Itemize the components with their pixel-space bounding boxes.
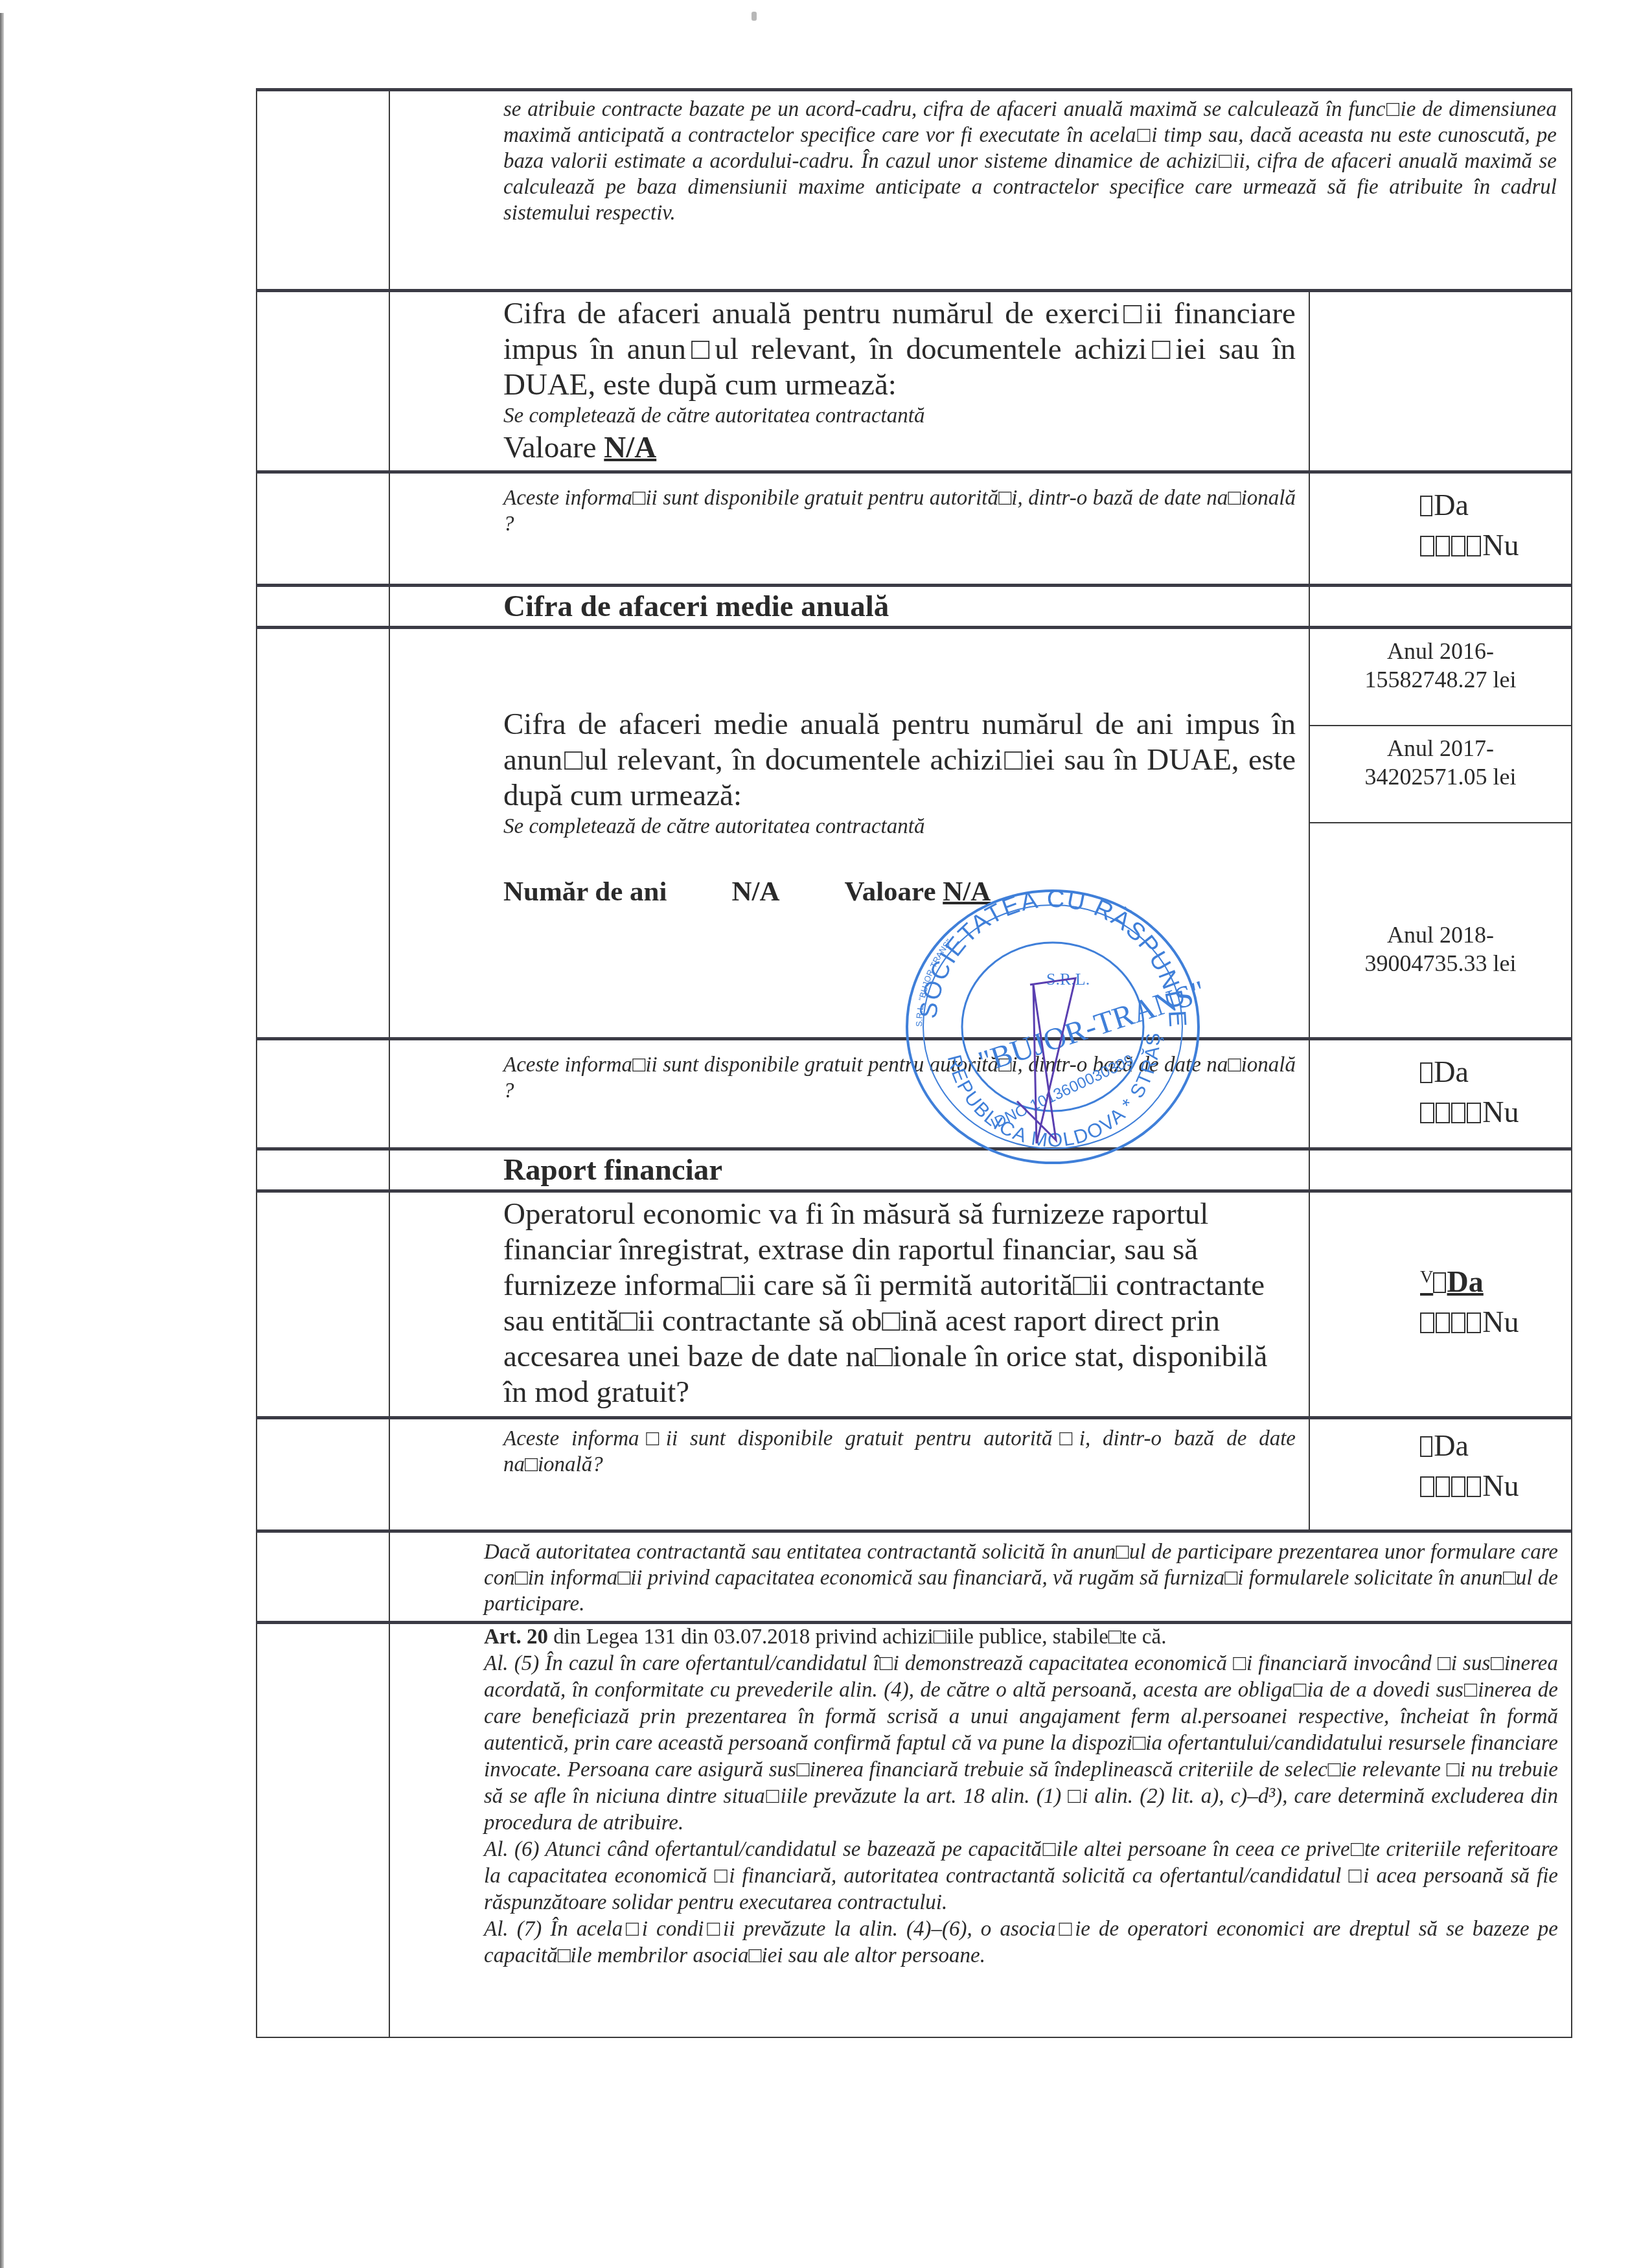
article-number: Art. 20: [484, 1625, 548, 1649]
checkbox-icon[interactable]: [1433, 1272, 1445, 1293]
availability-3-cell: Aceste informa□ii sunt disponibile gratu…: [389, 1418, 1309, 1531]
row-financial-report: Operatorul economic va fi în măsură să f…: [257, 1191, 1572, 1418]
annual-turnover-value-label: Valoare: [503, 431, 597, 464]
option-yes[interactable]: Da: [1420, 1052, 1571, 1092]
checkbox-icon[interactable]: [1420, 1062, 1432, 1083]
avg-turnover-header-cell: Cifra de afaceri medie anuală: [389, 586, 1309, 628]
checkbox-icon[interactable]: [1420, 1436, 1432, 1457]
checkbox-icon: [1420, 1312, 1434, 1333]
availability-2-question: Aceste informa□ii sunt disponibile gratu…: [390, 1040, 1309, 1108]
option-no-label: Nu: [1482, 1469, 1519, 1502]
section-heading: Raport financiar: [390, 1151, 1309, 1189]
year-entry: Anul 2018-39004735.33 lei: [1310, 823, 1571, 1037]
row-number-cell: [257, 1623, 389, 2037]
availability-1-question: Aceste informa□ii sunt disponibile gratu…: [390, 474, 1309, 541]
year-label: Anul 2018-: [1310, 921, 1571, 949]
row-number-cell: [257, 1149, 389, 1191]
year-label: Anul 2017-: [1310, 734, 1571, 762]
option-no-label: Nu: [1482, 529, 1519, 562]
empty-cell: [1309, 586, 1572, 628]
empty-cell: [1309, 1149, 1572, 1191]
legal-paragraph-5: Al. (5) În cazul în care ofertantul/cand…: [484, 1651, 1558, 1837]
option-no-label: Nu: [1482, 1305, 1519, 1338]
legal-cell: Art. 20 din Legea 131 din 03.07.2018 pri…: [389, 1623, 1572, 2037]
forms-request-cell: Dacă autoritatea contractantă sau entita…: [389, 1531, 1572, 1623]
scan-speck: [751, 12, 757, 21]
annual-turnover-answer-cell[interactable]: [1309, 291, 1572, 472]
option-no[interactable]: Nu: [1420, 1092, 1571, 1132]
option-no[interactable]: Nu: [1420, 525, 1571, 566]
row-availability-3: Aceste informa□ii sunt disponibile gratu…: [257, 1418, 1572, 1531]
availability-3-options: Da Nu: [1309, 1418, 1572, 1531]
annual-turnover-cell: Cifra de afaceri anuală pentru numărul d…: [389, 291, 1309, 472]
years-label: Număr de ani: [503, 876, 667, 908]
intro-text: se atribuie contracte bazate pe un acord…: [390, 91, 1571, 230]
annual-turnover-value[interactable]: N/A: [604, 431, 656, 464]
year-label: Anul 2016-: [1310, 637, 1571, 665]
row-availability-2: Aceste informa□ii sunt disponibile gratu…: [257, 1039, 1572, 1149]
checkbox-icon[interactable]: [1467, 1476, 1481, 1497]
article-title: din Legea 131 din 03.07.2018 privind ach…: [548, 1625, 1166, 1649]
row-number-cell: [257, 1039, 389, 1149]
checkbox-icon: [1436, 1312, 1450, 1333]
availability-1-options: Da Nu: [1309, 472, 1572, 586]
row-forms-request: Dacă autoritatea contractantă sau entita…: [257, 1531, 1572, 1623]
checkbox-icon[interactable]: [1467, 1103, 1481, 1123]
checkbox-icon: [1451, 1103, 1465, 1123]
option-yes-selected[interactable]: VDa: [1420, 1257, 1484, 1302]
avg-turnover-text: Cifra de afaceri medie anuală pentru num…: [503, 707, 1296, 814]
avg-value-label: Valoare: [845, 876, 936, 907]
row-number-cell: [257, 291, 389, 472]
checkbox-icon[interactable]: [1467, 536, 1481, 556]
availability-1-cell: Aceste informa□ii sunt disponibile gratu…: [389, 472, 1309, 586]
financial-report-text: Operatorul economic va fi în măsură să f…: [390, 1193, 1309, 1414]
checkbox-icon: [1420, 1476, 1434, 1497]
availability-3-question: Aceste informa□ii sunt disponibile gratu…: [390, 1419, 1309, 1482]
row-number-cell: [257, 628, 389, 1039]
year-amount: 39004735.33 lei: [1310, 949, 1571, 978]
checkbox-icon: [1436, 1476, 1450, 1497]
avg-turnover-years-cell: Anul 2016-15582748.27 lei Anul 2017-3420…: [1309, 628, 1572, 1039]
row-number-cell: [257, 1191, 389, 1418]
year-amount: 15582748.27 lei: [1310, 665, 1571, 694]
legal-article-header: Art. 20 din Legea 131 din 03.07.2018 pri…: [484, 1624, 1558, 1651]
checkbox-icon: [1420, 1103, 1434, 1123]
row-annual-turnover: Cifra de afaceri anuală pentru numărul d…: [257, 291, 1572, 472]
checkbox-icon: [1451, 1476, 1465, 1497]
row-legal: Art. 20 din Legea 131 din 03.07.2018 pri…: [257, 1623, 1572, 2037]
forms-request-text: Dacă autoritatea contractantă sau entita…: [390, 1533, 1571, 1621]
annual-turnover-note: Se completează de către autoritatea cont…: [503, 403, 1296, 429]
option-no[interactable]: Nu: [1420, 1302, 1571, 1342]
option-yes-label: Da: [1447, 1265, 1484, 1298]
checkbox-icon: [1451, 1312, 1465, 1333]
legal-paragraph-7: Al. (7) În acela□i condi□ii prevăzute la…: [484, 1916, 1558, 1969]
row-number-cell: [257, 1531, 389, 1623]
year-amount: 34202571.05 lei: [1310, 762, 1571, 791]
availability-2-options: Da Nu: [1309, 1039, 1572, 1149]
financial-report-options: VDa Nu: [1309, 1191, 1572, 1418]
financial-report-cell: Operatorul economic va fi în măsură să f…: [389, 1191, 1309, 1418]
checkbox-icon: [1420, 536, 1434, 556]
intro-cell: se atribuie contracte bazate pe un acord…: [389, 90, 1572, 291]
financial-report-header-cell: Raport financiar: [389, 1149, 1309, 1191]
checkbox-icon[interactable]: [1467, 1312, 1481, 1333]
avg-turnover-cell: Cifra de afaceri medie anuală pentru num…: [389, 628, 1309, 1039]
row-number-cell: [257, 90, 389, 291]
avg-value[interactable]: N/A: [943, 876, 991, 907]
row-avg-turnover: Cifra de afaceri medie anuală pentru num…: [257, 628, 1572, 1039]
checkbox-icon: [1436, 1103, 1450, 1123]
avg-turnover-note: Se completează de către autoritatea cont…: [503, 814, 1296, 840]
option-no[interactable]: Nu: [1420, 1466, 1571, 1506]
availability-2-cell: Aceste informa□ii sunt disponibile gratu…: [389, 1039, 1309, 1149]
year-entry: Anul 2016-15582748.27 lei: [1310, 629, 1571, 726]
option-yes-label: Da: [1434, 488, 1469, 521]
row-number-cell: [257, 472, 389, 586]
option-yes[interactable]: Da: [1420, 485, 1571, 525]
check-mark: V: [1420, 1267, 1433, 1287]
row-financial-report-header: Raport financiar: [257, 1149, 1572, 1191]
row-avg-turnover-header: Cifra de afaceri medie anuală: [257, 586, 1572, 628]
option-no-label: Nu: [1482, 1095, 1519, 1128]
annual-turnover-text: Cifra de afaceri anuală pentru numărul d…: [503, 296, 1296, 403]
scan-edge-shadow: [0, 13, 4, 2268]
checkbox-icon[interactable]: [1420, 496, 1432, 516]
section-heading: Cifra de afaceri medie anuală: [390, 587, 1309, 626]
row-number-cell: [257, 586, 389, 628]
checkbox-icon: [1436, 536, 1450, 556]
financial-report-question: Operatorul economic va fi în măsură să f…: [503, 1197, 1270, 1410]
option-yes[interactable]: Da: [1420, 1426, 1571, 1466]
option-yes-label: Da: [1434, 1429, 1469, 1462]
row-intro: se atribuie contracte bazate pe un acord…: [257, 90, 1572, 291]
legal-paragraph-6: Al. (6) Atunci când ofertantul/candidatu…: [484, 1837, 1558, 1916]
checkbox-icon: [1451, 536, 1465, 556]
option-yes-label: Da: [1434, 1055, 1469, 1088]
financial-capacity-table: se atribuie contracte bazate pe un acord…: [256, 88, 1572, 2038]
row-number-cell: [257, 1418, 389, 1531]
year-entry: Anul 2017-34202571.05 lei: [1310, 726, 1571, 823]
row-availability-1: Aceste informa□ii sunt disponibile gratu…: [257, 472, 1572, 586]
years-value[interactable]: N/A: [731, 876, 779, 908]
